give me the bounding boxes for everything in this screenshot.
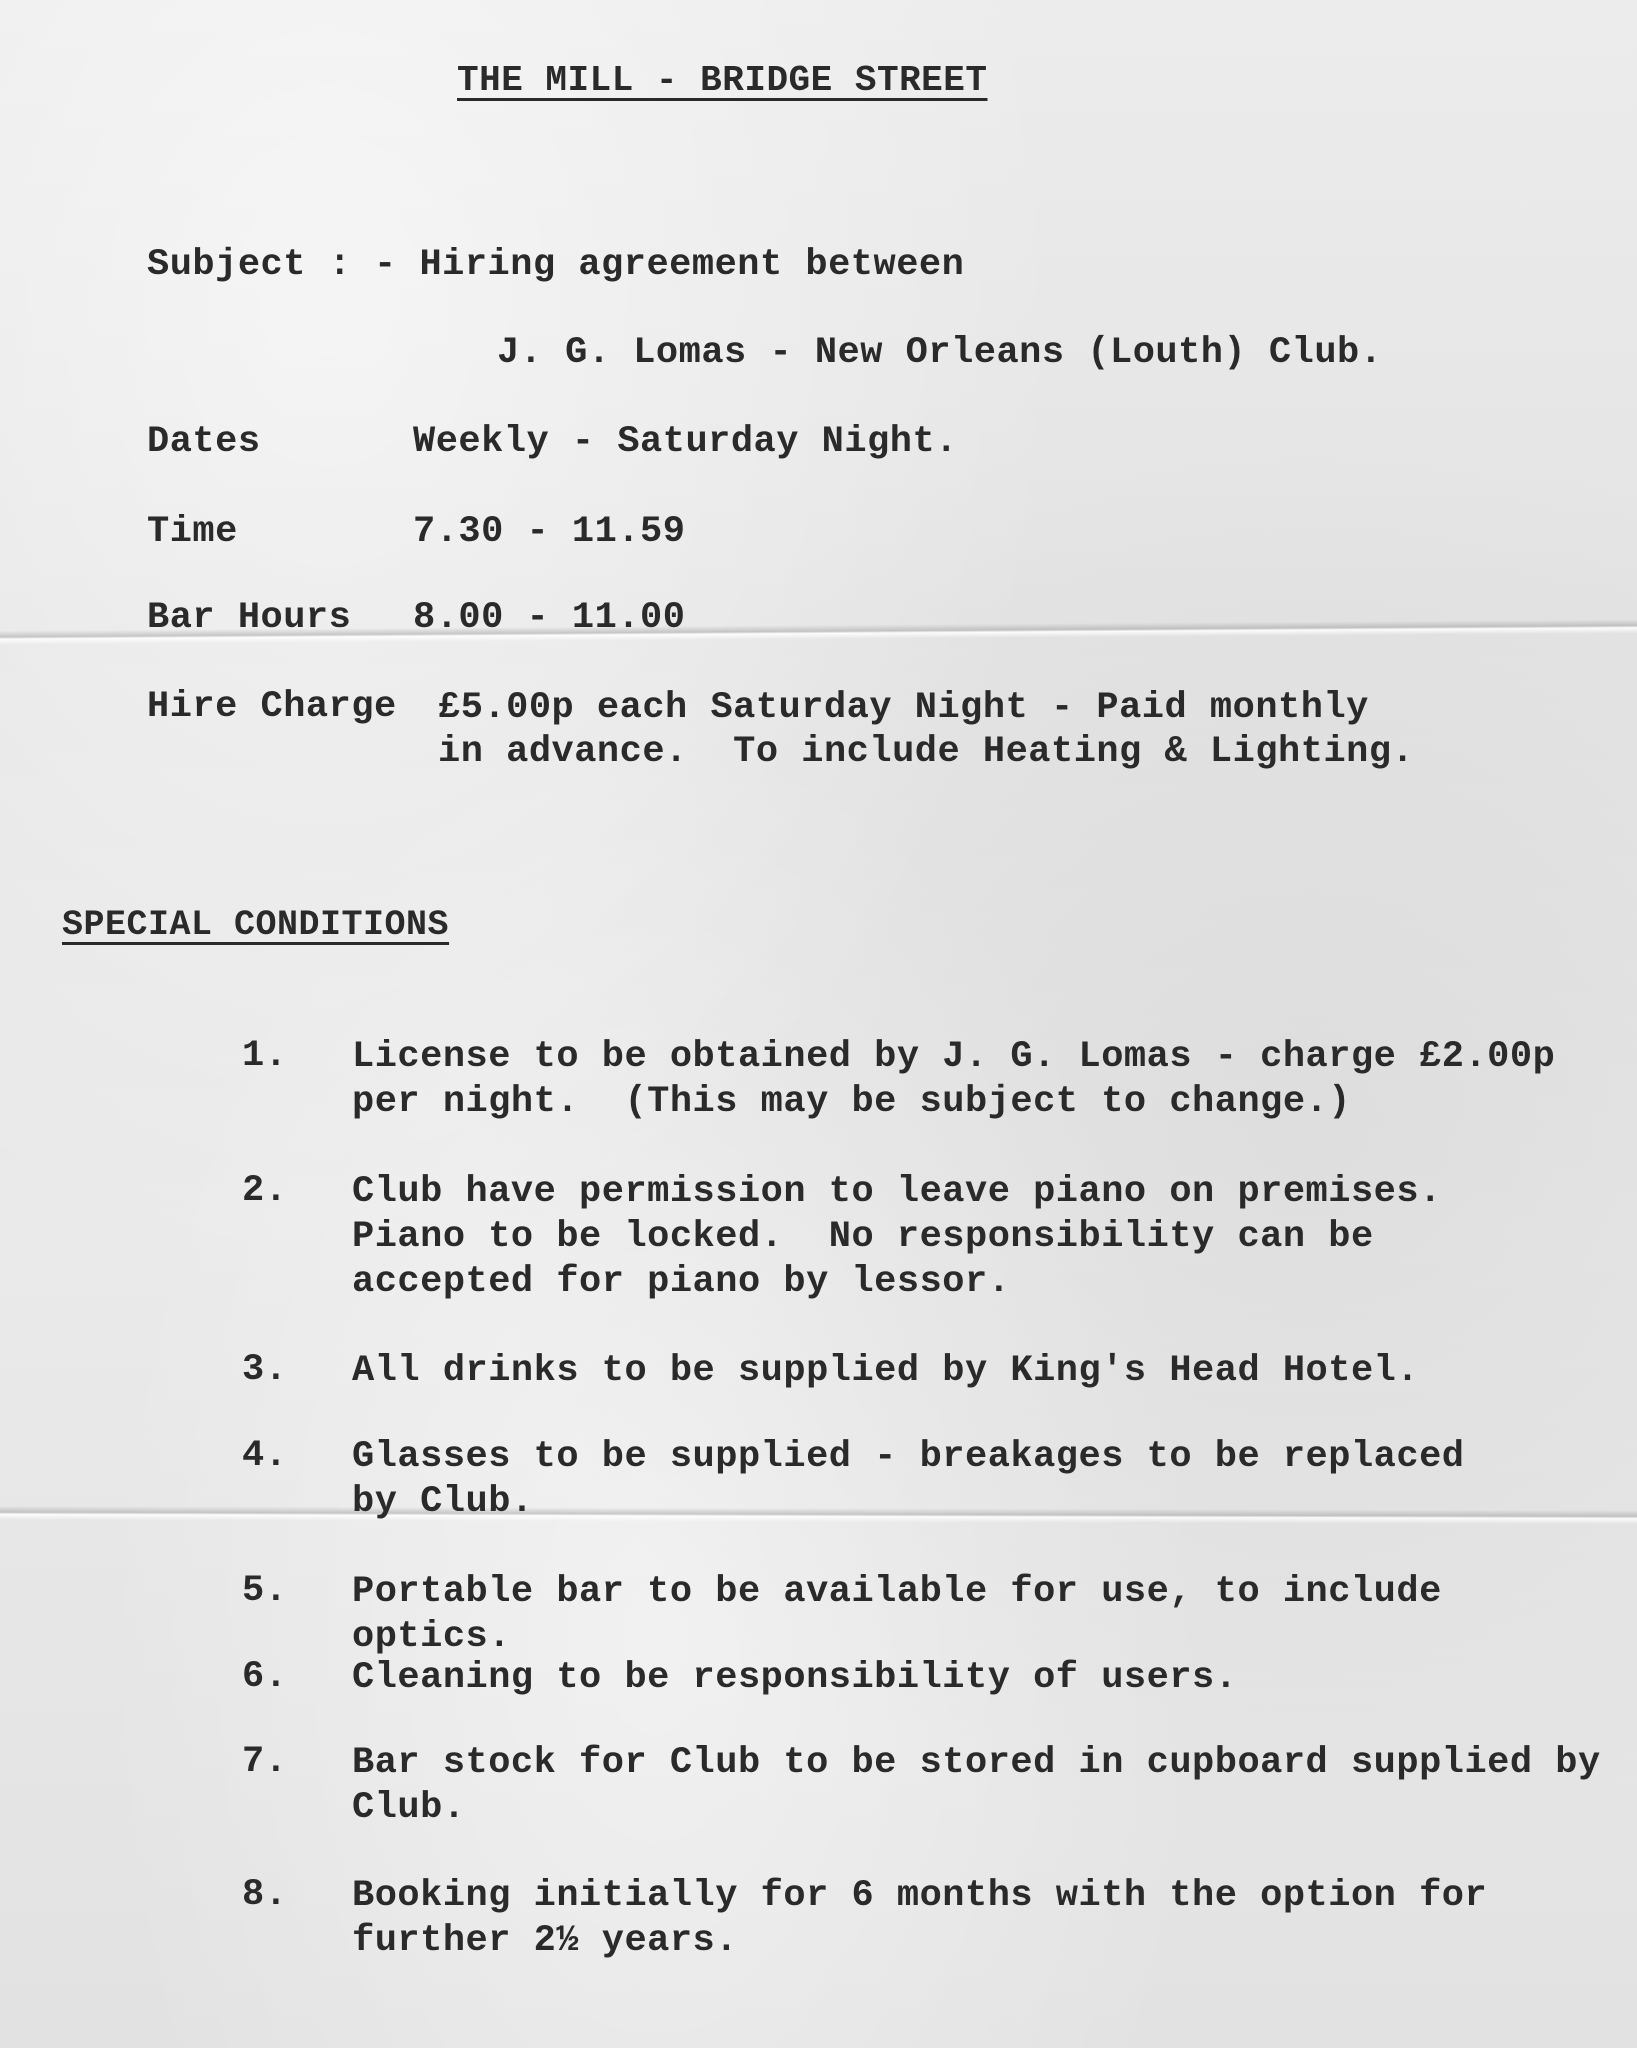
agreement-parties: J. G. Lomas - New Orleans (Louth) Club. (497, 332, 1382, 374)
condition-text: Club have permission to leave piano on p… (352, 1170, 1602, 1305)
condition-text: All drinks to be supplied by King's Head… (352, 1349, 1602, 1394)
condition-text: Glasses to be supplied - breakages to be… (352, 1435, 1602, 1525)
detail-value: Weekly - Saturday Night. (413, 421, 958, 463)
detail-label: Time (147, 511, 238, 553)
subject-line: Subject : - Hiring agreement between (147, 244, 964, 286)
condition-number: 1. (242, 1035, 287, 1077)
condition-number: 6. (242, 1656, 287, 1698)
condition-text: License to be obtained by J. G. Lomas - … (352, 1035, 1602, 1125)
condition-text: Cleaning to be responsibility of users. (352, 1656, 1602, 1701)
detail-label: Dates (147, 421, 261, 463)
condition-number: 5. (242, 1570, 287, 1612)
condition-text: Booking initially for 6 months with the … (352, 1874, 1602, 1964)
condition-text: Bar stock for Club to be stored in cupbo… (352, 1741, 1602, 1831)
condition-number: 8. (242, 1874, 287, 1916)
document-title: THE MILL - BRIDGE STREET (457, 60, 987, 101)
condition-number: 2. (242, 1170, 287, 1212)
detail-value: £5.00p each Saturday Night - Paid monthl… (438, 686, 1414, 774)
typed-document-page: THE MILL - BRIDGE STREET Subject : - Hir… (0, 0, 1637, 2048)
condition-text: Portable bar to be available for use, to… (352, 1570, 1602, 1660)
special-conditions-heading: SPECIAL CONDITIONS (62, 905, 449, 945)
detail-value: 8.00 - 11.00 (413, 597, 685, 639)
detail-value: 7.30 - 11.59 (413, 511, 685, 553)
detail-label: Bar Hours (147, 597, 351, 639)
condition-number: 3. (242, 1349, 287, 1391)
condition-number: 4. (242, 1435, 287, 1477)
condition-number: 7. (242, 1741, 287, 1783)
detail-label: Hire Charge (147, 686, 397, 728)
